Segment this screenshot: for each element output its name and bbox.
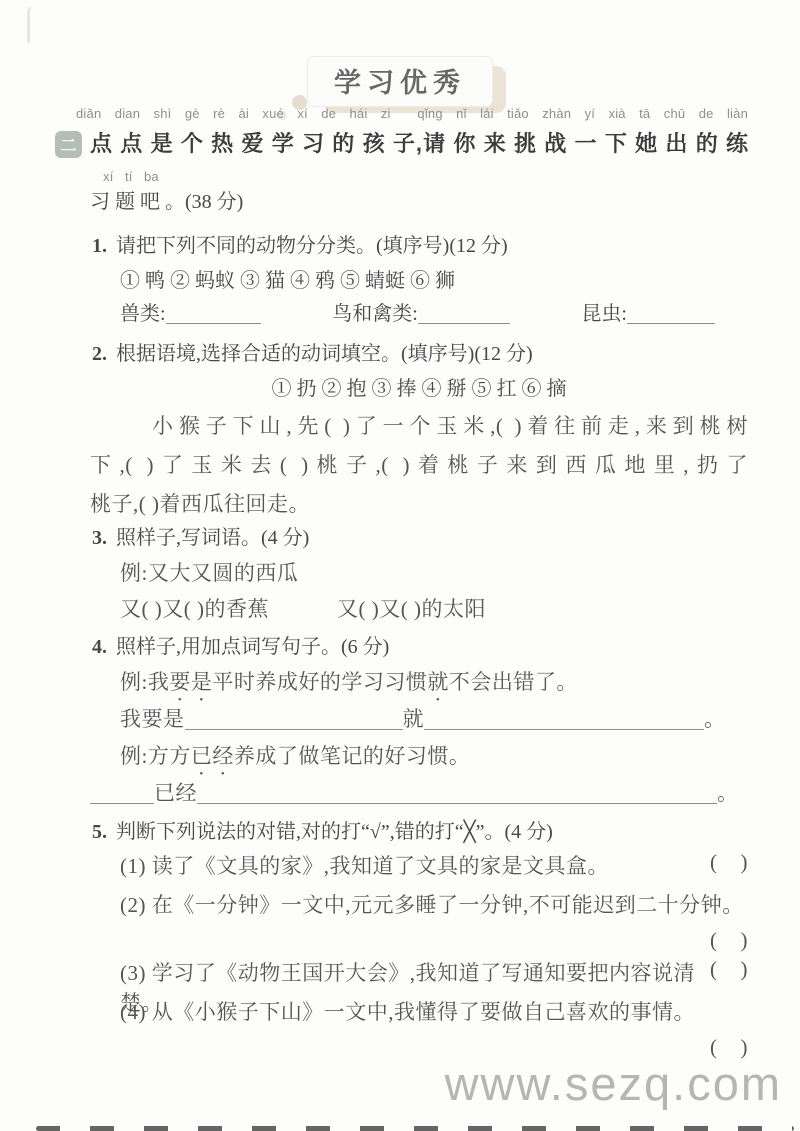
q5-item-2: (2) 在《一分钟》一文中,元元多睡了一分钟,不可能迟到二十分钟。: [120, 889, 748, 919]
q3-item: 又( )又( )的香蕉: [120, 593, 269, 623]
intro-text-line2: 习 题 吧 。(38 分): [90, 185, 243, 214]
answer-bracket: ( ): [710, 850, 748, 880]
q1-blank-group: 昆虫:: [581, 297, 715, 326]
q1-blank-group: 鸟和禽类:: [332, 297, 510, 326]
question-number: 4.: [92, 636, 107, 658]
corner-decoration: [27, 7, 44, 43]
emphasized-word: 就: [427, 670, 449, 694]
q2-passage-line: 下,( )了玉米去( )桃子,( )着桃子来到西瓜地里,扔了: [90, 449, 748, 479]
q2-passage-line: 桃子,( )着西瓜往回走。: [90, 488, 310, 518]
question-number: 5.: [92, 821, 107, 843]
intro-pinyin-line2: xí tí ba: [103, 169, 159, 184]
item-label: (4): [120, 1000, 146, 1024]
q3-example: 例:又大又圆的西瓜: [120, 557, 298, 587]
q4-fill-line2: 已经。: [90, 777, 739, 807]
q5-item-1: (1) 读了《文具的家》,我知道了文具的家是文具盒。 ( ): [120, 850, 748, 880]
question-number: 2.: [92, 343, 107, 365]
emphasized-word: 已经: [191, 744, 234, 768]
q2-options: ① 扔 ② 抱 ③ 捧 ④ 掰 ⑤ 扛 ⑥ 摘: [90, 372, 748, 401]
question-4: 4.照样子,用加点词写句子。(6 分): [92, 630, 748, 659]
question-1: 1.请把下列不同的动物分分类。(填序号)(12 分): [92, 229, 748, 258]
answer-blank: [185, 715, 403, 730]
answer-bracket: ( ): [710, 928, 748, 952]
q4-fill-line1: 我要是就。: [120, 703, 726, 733]
example-text: 例:方方: [120, 744, 191, 768]
blank-label: 兽类:: [120, 303, 166, 325]
fill-label: 已经: [154, 781, 197, 805]
answer-blank: [90, 789, 154, 804]
worksheet-page: 学习优秀 diǎn dian shì gè rè ài xué xí de há…: [0, 0, 800, 1131]
question-5: 5.判断下列说法的对错,对的打“√”,错的打“╳”。(4 分): [92, 815, 748, 844]
intro-pinyin-line: diǎn dian shì gè rè ài xué xí de hái zi …: [76, 106, 748, 121]
question-number: 1.: [92, 235, 107, 257]
statement: (1) 读了《文具的家》,我知道了文具的家是文具盒。: [120, 850, 609, 880]
question-prompt: 照样子,用加点词写句子。(6 分): [116, 636, 389, 658]
question-2: 2.根据语境,选择合适的动词填空。(填序号)(12 分): [92, 337, 748, 366]
item-label: (2): [120, 893, 146, 917]
q1-options: ① 鸭 ② 蚂蚁 ③ 猫 ④ 鸦 ⑤ 蜻蜓 ⑥ 狮: [120, 264, 455, 293]
question-prompt: 根据语境,选择合适的动词填空。(填序号)(12 分): [116, 343, 533, 365]
example-text: 平时养成好的学习习惯: [212, 670, 427, 694]
question-prompt: 请把下列不同的动物分分类。(填序号)(12 分): [116, 235, 508, 257]
emphasized-word: 要是: [169, 670, 212, 694]
q4-example1: 例:我要是平时养成好的学习习惯就不会出错了。: [120, 666, 578, 706]
fill-label: 。: [704, 707, 726, 731]
header-ribbon: 学习优秀: [308, 57, 492, 106]
q1-blanks-row: 兽类: 鸟和禽类: 昆虫:: [120, 297, 715, 326]
answer-blank: [627, 309, 715, 324]
item-text: 在《一分钟》一文中,元元多睡了一分钟,不可能迟到二十分钟。: [152, 893, 744, 917]
item-text: 读了《文具的家》,我知道了文具的家是文具盒。: [152, 854, 609, 878]
example-text: 不会出错了。: [449, 670, 578, 694]
q4-example2: 例:方方已经养成了做笔记的好习惯。: [120, 740, 470, 780]
fill-label: 我要是: [120, 707, 185, 731]
section-number-badge: 二: [55, 131, 82, 158]
q5-item-2-bracket: ( ): [90, 928, 748, 953]
fill-label: 就: [403, 707, 425, 731]
answer-blank: [197, 789, 717, 804]
q5-item-4: (4) 从《小猴子下山》一文中,我懂得了要做自己喜欢的事情。: [120, 996, 748, 1026]
item-label: (1): [120, 854, 146, 878]
page-bottom-cutoff: [36, 1126, 794, 1131]
blank-label: 昆虫:: [581, 303, 627, 325]
blank-label: 鸟和禽类:: [332, 303, 418, 325]
question-prompt: 照样子,写词语。(4 分): [116, 527, 309, 549]
question-3: 3.照样子,写词语。(4 分): [92, 521, 748, 550]
fill-label: 。: [717, 781, 739, 805]
q3-item: 又( )又( )的太阳: [337, 593, 486, 623]
example-text: 养成了做笔记的好习惯。: [234, 744, 471, 768]
q2-passage-line: 小猴子下山,先( )了一个玉米,( )着往前走,来到桃树: [152, 410, 748, 440]
question-number: 3.: [92, 527, 107, 549]
answer-blank: [418, 309, 510, 324]
q3-items-row: 又( )又( )的香蕉 又( )又( )的太阳: [120, 593, 486, 623]
example-text: 例:我: [120, 670, 169, 694]
page-title: 学习优秀: [308, 57, 492, 106]
item-label: (3): [120, 961, 146, 985]
intro-text-line1: 点 点 是 个 热 爱 学 习 的 孩 子,请 你 来 挑 战 一 下 她 出 …: [90, 127, 748, 158]
watermark: www.sezq.com: [445, 1056, 782, 1111]
answer-blank: [424, 715, 704, 730]
item-text: 从《小猴子下山》一文中,我懂得了要做自己喜欢的事情。: [152, 1000, 695, 1024]
question-prompt: 判断下列说法的对错,对的打“√”,错的打“╳”。(4 分): [116, 821, 553, 843]
answer-blank: [166, 309, 261, 324]
q1-blank-group: 兽类:: [120, 297, 261, 326]
